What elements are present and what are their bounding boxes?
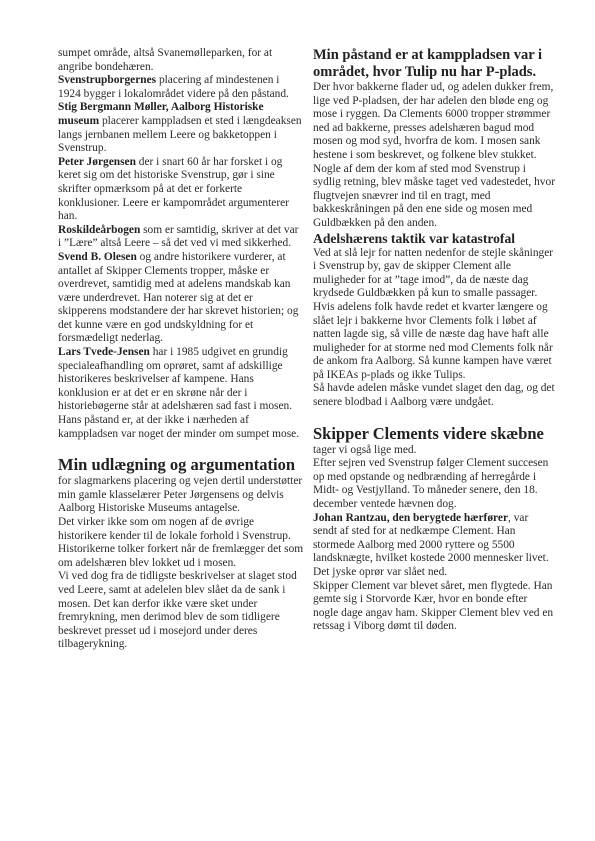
spacer	[58, 441, 304, 455]
left-column: sumpet område, altså Svanemølleparken, f…	[58, 47, 304, 652]
paragraph-text: for slagmarkens placering og vejen derti…	[58, 475, 302, 514]
section-heading: Min påstand er at kamppladsen var i områ…	[313, 47, 555, 81]
paragraph: Historikerne tolker forkert når de freml…	[58, 543, 304, 570]
source-name: Svenstrupborgernes	[58, 74, 156, 86]
source-name: Lars Tvede-Jensen	[58, 346, 150, 358]
spacer	[313, 410, 555, 424]
paragraph: Svenstrupborgernes placering af mindeste…	[58, 74, 304, 101]
right-column: Min påstand er at kamppladsen var i områ…	[313, 47, 555, 634]
paragraph: Min udlægning og argumentation for slagm…	[58, 455, 304, 516]
paragraph: tager vi også lige med.	[313, 444, 555, 458]
paragraph: Skipper Clement var blevet såret, men fl…	[313, 580, 555, 634]
paragraph: Johan Rantzau, den berygtede hærfører, v…	[313, 512, 555, 566]
paragraph-text: og andre historikere vurderer, at antall…	[58, 251, 298, 345]
paragraph: Der hvor bakkerne flader ud, og adelen d…	[313, 81, 555, 231]
paragraph: Svend B. Olesen og andre historikere vur…	[58, 251, 304, 346]
paragraph: Vi ved dog fra de tidligste beskrivelser…	[58, 570, 304, 652]
section-heading: Adelshærens taktik var katastrofal	[313, 231, 555, 247]
source-name: Peter Jørgensen	[58, 156, 136, 168]
source-name: Roskildeårbogen	[58, 224, 140, 236]
paragraph: Det virker ikke som om nogen af de øvrig…	[58, 516, 304, 543]
paragraph: Lars Tvede-Jensen har i 1985 udgivet en …	[58, 346, 304, 441]
person-name: Johan Rantzau, den berygtede hærfører	[313, 512, 508, 524]
paragraph: Det jyske oprør var slået ned.	[313, 566, 555, 580]
paragraph: Peter Jørgensen der i snart 60 år har fo…	[58, 156, 304, 224]
paragraph: Stig Bergmann Møller, Aalborg Historiske…	[58, 101, 304, 155]
section-heading-wrap: Skipper Clements videre skæbne	[313, 424, 555, 444]
paragraph: Roskildeårbogen som er samtidig, skriver…	[58, 224, 304, 251]
paragraph-text: har i 1985 udgivet en grundig specialeaf…	[58, 346, 299, 440]
paragraph: Efter sejren ved Svenstrup følger Clemen…	[313, 457, 555, 511]
paragraph: sumpet område, altså Svanemølleparken, f…	[58, 47, 304, 74]
section-heading: Min udlægning og argumentation	[58, 455, 295, 474]
source-name: Svend B. Olesen	[58, 251, 137, 263]
paragraph: Så havde adelen måske vundet slaget den …	[313, 382, 555, 409]
paragraph: Ved at slå lejr for natten nedenfor de s…	[313, 247, 555, 383]
section-heading: Skipper Clements videre skæbne	[313, 424, 544, 443]
